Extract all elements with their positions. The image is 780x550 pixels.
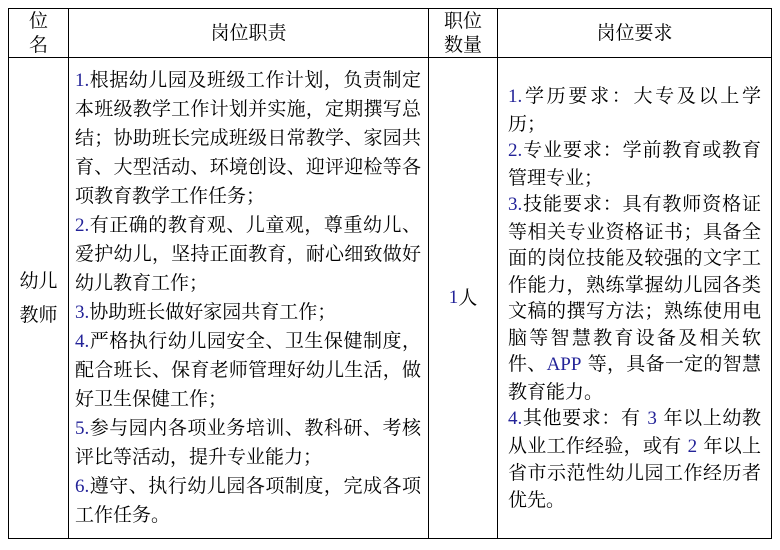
cell-duties-list: 1.根据幼儿园及班级工作计划，负责制定本班级教学工作计划并实施，定期撰写总结；协… bbox=[69, 58, 429, 538]
cjk-text: 其他要求：有 bbox=[522, 407, 647, 429]
item-number: 2. bbox=[75, 215, 89, 236]
list-item: 6.遵守、执行幼儿园各项制度，完成各项工作任务。 bbox=[75, 472, 421, 530]
item-number: 2. bbox=[508, 140, 522, 161]
item-number: 5. bbox=[75, 418, 89, 439]
cjk-text: 根据幼儿园及班级工作计划，负责制定本班级教学工作计划并实施，定期撰写总结；协助班… bbox=[75, 69, 421, 207]
item-number: 6. bbox=[75, 476, 89, 497]
item-number: 3. bbox=[508, 194, 522, 215]
cjk-text: 技能要求：具有教师资格证等相关专业资格证书；具备全面的岗位技能及较强的文字工作能… bbox=[508, 193, 761, 375]
item-number: 4. bbox=[508, 408, 522, 429]
cjk-text: 参与园内各项业务培训、教科研、考核评比等活动，提升专业能力； bbox=[75, 417, 421, 468]
list-item: 2.专业要求：学前教育或教育管理专业； bbox=[508, 137, 761, 191]
list-item: 1.根据幼儿园及班级工作计划，负责制定本班级教学工作计划并实施，定期撰写总结；协… bbox=[75, 66, 421, 211]
item-number: 4. bbox=[75, 331, 89, 352]
cell-position-name: 幼儿教师 bbox=[9, 58, 69, 538]
latin-text: APP bbox=[547, 354, 582, 375]
cjk-text: 学历要求：大专及以上学历； bbox=[508, 85, 761, 135]
cjk-text: 遵守、执行幼儿园各项制度，完成各项工作任务。 bbox=[75, 475, 421, 526]
header-position-name: 岗位名称 bbox=[9, 9, 69, 58]
cell-requirements-list: 1.学历要求：大专及以上学历；2.专业要求：学前教育或教育管理专业；3.技能要求… bbox=[498, 58, 771, 538]
latin-text: 3 bbox=[647, 408, 657, 429]
item-number: 1. bbox=[75, 70, 89, 91]
cjk-text: 人 bbox=[458, 281, 477, 315]
list-item: 3.技能要求：具有教师资格证等相关专业资格证书；具备全面的岗位技能及较强的文字工… bbox=[508, 191, 761, 405]
list-item: 4.严格执行幼儿园安全、卫生保健制度，配合班长、保育老师管理好幼儿生活，做好卫生… bbox=[75, 327, 421, 414]
header-headcount: 职位数量 bbox=[429, 9, 498, 58]
cjk-text: 有正确的教育观、儿童观，尊重幼儿、爱护幼儿，坚持正面教育，耐心细致做好幼儿教育工… bbox=[75, 214, 421, 294]
list-item: 3.协助班长做好家园共育工作； bbox=[75, 298, 421, 327]
cell-headcount: 1 人 bbox=[429, 58, 498, 538]
cjk-text: 协助班长做好家园共育工作； bbox=[89, 301, 336, 323]
job-position-table: 岗位名称 岗位职责 职位数量 岗位要求 幼儿教师 1.根据幼儿园及班级工作计划，… bbox=[8, 8, 772, 539]
header-requirements: 岗位要求 bbox=[498, 9, 771, 58]
list-item: 4.其他要求：有 3 年以上幼教从业工作经验，或有 2 年以上省市示范性幼儿园工… bbox=[508, 405, 761, 513]
latin-text: 1 bbox=[449, 281, 459, 315]
cjk-text: 专业要求：学前教育或教育管理专业； bbox=[508, 139, 761, 189]
list-item: 5.参与园内各项业务培训、教科研、考核评比等活动，提升专业能力； bbox=[75, 414, 421, 472]
item-number: 3. bbox=[75, 302, 89, 323]
item-number: 1. bbox=[508, 86, 522, 107]
header-duties: 岗位职责 bbox=[69, 9, 429, 58]
list-item: 1.学历要求：大专及以上学历； bbox=[508, 83, 761, 137]
cjk-text: 严格执行幼儿园安全、卫生保健制度，配合班长、保育老师管理好幼儿生活，做好卫生保健… bbox=[75, 330, 421, 410]
latin-text: 2 bbox=[688, 436, 698, 457]
list-item: 2.有正确的教育观、儿童观，尊重幼儿、爱护幼儿，坚持正面教育，耐心细致做好幼儿教… bbox=[75, 211, 421, 298]
